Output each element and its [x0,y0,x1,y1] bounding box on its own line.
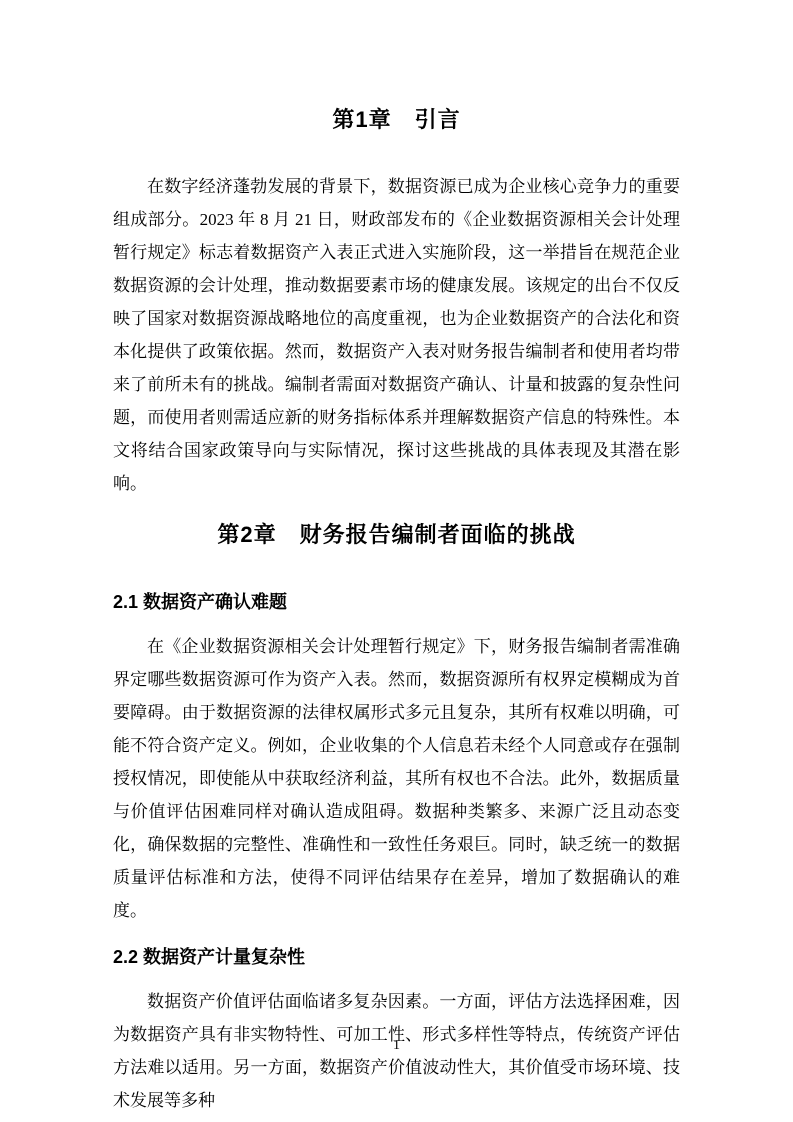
page-number: 1 [393,1038,400,1053]
section-2-1-heading: 2.1 数据资产确认难题 [113,590,680,614]
document-page: 第1章 引言 在数字经济蓬勃发展的背景下，数据资源已成为企业核心竞争力的重要组成… [0,0,793,1122]
section-2-2-heading: 2.2 数据资产计量复杂性 [113,945,680,969]
chapter-1-title: 第1章 引言 [113,0,680,135]
chapter-2-title: 第2章 财务报告编制者面临的挑战 [113,520,680,550]
chapter-1-paragraph: 在数字经济蓬勃发展的背景下，数据资源已成为企业核心竞争力的重要组成部分。2023… [113,170,680,500]
page-footer: 1 [0,1036,793,1055]
section-2-1-paragraph: 在《企业数据资源相关会计处理暂行规定》下，财务报告编制者需准确界定哪些数据资源可… [113,630,680,927]
